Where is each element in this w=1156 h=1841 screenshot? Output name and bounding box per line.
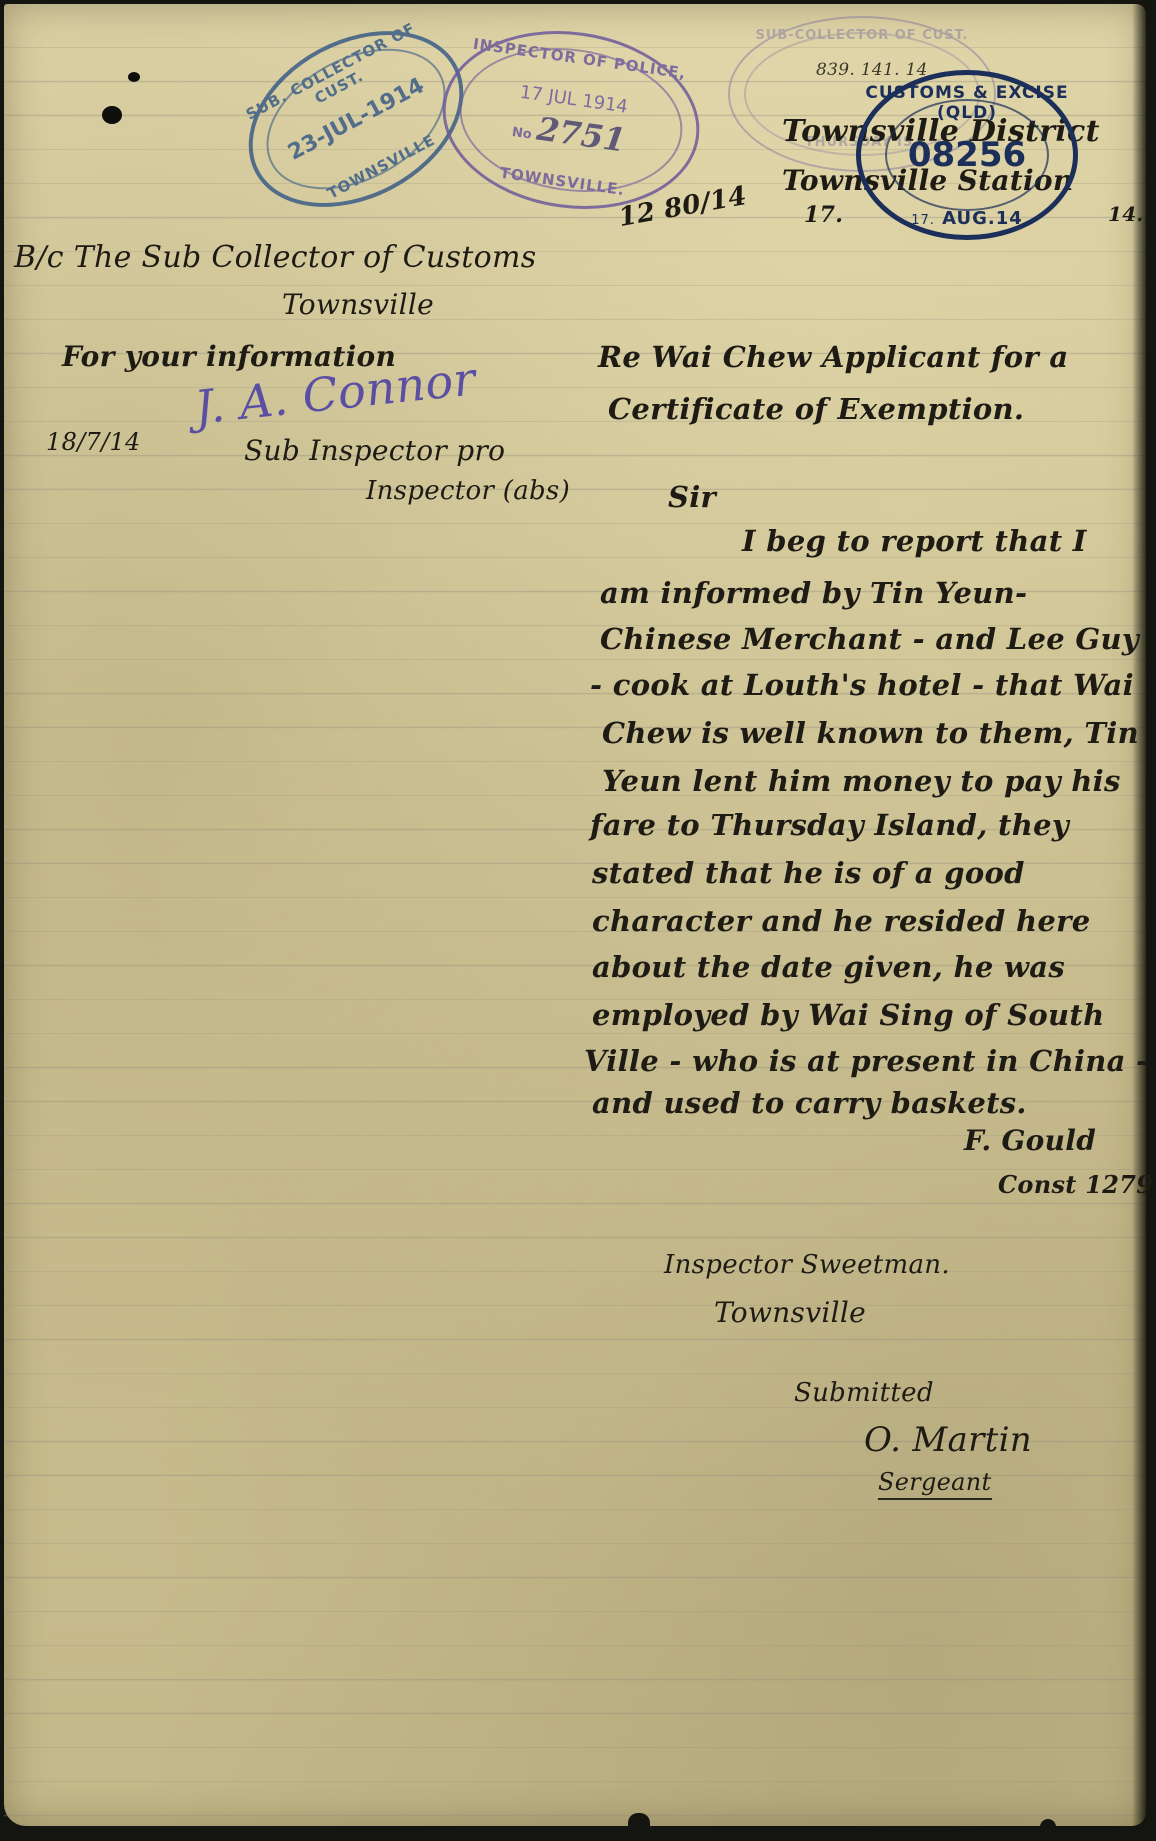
letter-body-line: about the date given, he was bbox=[592, 950, 1065, 984]
letter-body-line: Chinese Merchant - and Lee Guy bbox=[600, 622, 1139, 656]
stamp-top-text: SUB-COLLECTOR OF CUST. bbox=[755, 28, 968, 43]
punch-hole bbox=[128, 72, 140, 82]
letter-body-line: Ville - who is at present in China - bbox=[584, 1044, 1148, 1078]
letter-signature-rank: Const 1279. bbox=[998, 1170, 1156, 1199]
letter-body-line: am informed by Tin Yeun- bbox=[600, 576, 1027, 610]
torn-edge bbox=[628, 1813, 650, 1841]
customs-excise-stamp: CUSTOMS & EXCISE (QLD) 08256 17. AUG.14 bbox=[856, 70, 1078, 240]
letter-body-line: - cook at Louth's hotel - that Wai bbox=[590, 668, 1134, 702]
page-edge-shadow bbox=[1132, 4, 1146, 1826]
letter-body-line: Chew is well known to them, Tin bbox=[602, 716, 1139, 750]
letter-body-line: and used to carry baskets. bbox=[592, 1086, 1027, 1120]
minute-title-line1: Sub Inspector pro bbox=[244, 434, 505, 467]
forwarding-submitted: Submitted bbox=[794, 1378, 934, 1408]
letter-subject-line1: Re Wai Chew Applicant for a bbox=[598, 340, 1068, 374]
letter-salutation: Sir bbox=[668, 480, 716, 514]
reference-number: 839. 141. 14 bbox=[816, 60, 928, 80]
letter-body-line: fare to Thursday Island, they bbox=[590, 808, 1069, 842]
letter-body-line: Yeun lent him money to pay his bbox=[602, 764, 1121, 798]
minute-date: 18/7/14 bbox=[46, 428, 141, 456]
letter-body-line: stated that he is of a good bbox=[592, 856, 1025, 890]
punch-hole bbox=[102, 106, 122, 124]
date-year: 14. bbox=[1108, 202, 1144, 226]
document-page: SUB. COLLECTOR OF CUST. 23-JUL-1914 TOWN… bbox=[4, 4, 1146, 1826]
letter-body-line: character and he resided here bbox=[592, 904, 1091, 938]
letter-signature: F. Gould bbox=[964, 1124, 1096, 1157]
stamp-date: AUG.14 bbox=[942, 208, 1023, 229]
torn-edge bbox=[1040, 1819, 1056, 1841]
stamp-date-prefix: 17. bbox=[911, 213, 935, 228]
minute-addressee: B/c The Sub Collector of Customs bbox=[14, 240, 536, 275]
letter-body-line: employed by Wai Sing of South bbox=[592, 998, 1105, 1032]
minute-addressee-city: Townsville bbox=[282, 288, 434, 321]
letter-subject-line2: Certificate of Exemption. bbox=[608, 392, 1024, 426]
forwarding-rank: Sergeant bbox=[878, 1468, 992, 1500]
stamp-top-text: CUSTOMS & EXCISE (QLD) bbox=[861, 83, 1073, 123]
forwarding-signature: O. Martin bbox=[864, 1420, 1032, 1460]
minute-title-line2: Inspector (abs) bbox=[366, 476, 570, 506]
date-day: 17. bbox=[804, 202, 843, 228]
forwarding-city: Townsville bbox=[714, 1296, 866, 1329]
letter-body-line: I beg to report that I bbox=[742, 524, 1087, 558]
forwarding-addressee: Inspector Sweetman. bbox=[664, 1250, 950, 1280]
